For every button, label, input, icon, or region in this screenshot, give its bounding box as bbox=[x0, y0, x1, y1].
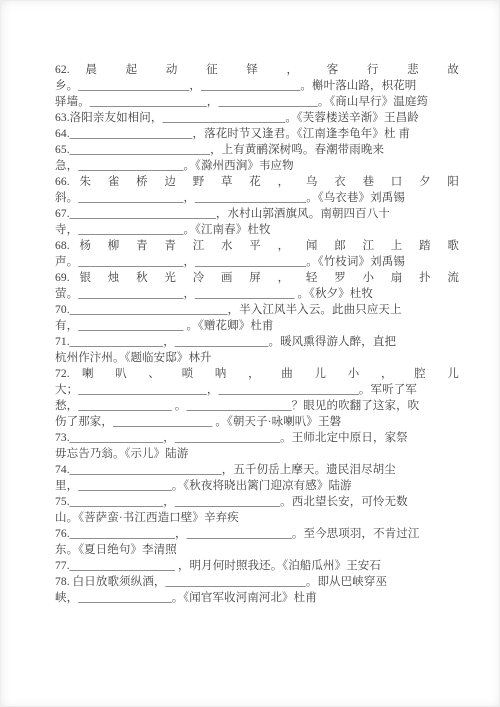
document-line: 毋忘告乃翁。《示儿》陆游 bbox=[55, 446, 459, 462]
document-line: 急，__________________。《滁州西涧》韦应物 bbox=[55, 158, 459, 174]
document-line: 76.__________________，__________________… bbox=[55, 526, 459, 542]
document-line: 72. 喇 叭 、 唢 呐 ， 曲 儿 小 ， 腔 儿 bbox=[55, 366, 459, 382]
document-line: 69. 银 烛 秋 光 冷 画 屏 ， 轻 罗 小 扇 扑 流 bbox=[55, 270, 459, 286]
document-line: 74.__________________________，五千仞岳上摩天。遗民… bbox=[55, 462, 459, 478]
document-line: 75.________________，__________________。西… bbox=[55, 494, 459, 510]
document-line: 70.___________________________，半入江风半入云。此… bbox=[55, 302, 459, 318]
document-line: 68. 杨 柳 青 青 江 水 平 ， 闻 郎 江 上 踏 歌 bbox=[55, 238, 459, 254]
document-line: 斜。__________________，___________________… bbox=[55, 190, 459, 206]
document-line: 73.________________，__________________。王… bbox=[55, 430, 459, 446]
document-line: 乡。___________________，_________________。… bbox=[55, 78, 459, 94]
document-line: 愁，________________ 。__________________？眼… bbox=[55, 398, 459, 414]
document-line: 78. 白日放歌须纵酒，________________________。即从巴… bbox=[55, 574, 459, 590]
document-body: 62. 晨 起 动 征 铎 ， 客 行 悲 故乡。_______________… bbox=[55, 62, 459, 606]
document-line: 有，__________________ 。《赠花卿》杜甫 bbox=[55, 318, 459, 334]
document-line: 伤了那家，_________________ 。《朝天子·咏喇叭》王磐 bbox=[55, 414, 459, 430]
document-line: 62. 晨 起 动 征 铎 ， 客 行 悲 故 bbox=[55, 62, 459, 78]
document-line: 峡，________________。《闻官军收河南河北》杜甫 bbox=[55, 590, 459, 606]
document-page: 62. 晨 起 动 征 铎 ， 客 行 悲 故乡。_______________… bbox=[0, 0, 500, 707]
document-line: 萤。__________________，_________________ 。… bbox=[55, 286, 459, 302]
document-line: 山。《菩萨蛮·书江西造口壁》辛弃疾 bbox=[55, 510, 459, 526]
document-line: 驿墙。____________________，________________… bbox=[55, 94, 459, 110]
document-line: 77.__________________ ，明月何时照我还。《泊船瓜州》王安石 bbox=[55, 558, 459, 574]
document-line: 东。《夏日绝句》李清照 bbox=[55, 542, 459, 558]
document-line: 里，________________。《秋夜将晓出篱门迎凉有感》陆游 bbox=[55, 478, 459, 494]
document-line: 寺，__________________。《江南春》杜牧 bbox=[55, 222, 459, 238]
document-line: 66. 朱 雀 桥 边 野 草 花 ， 乌 衣 巷 口 夕 阳 bbox=[55, 174, 459, 190]
document-line: 64._____________________，落花时节又逢君。《江南逢李龟年… bbox=[55, 126, 459, 142]
document-line: 声。__________________，___________________… bbox=[55, 254, 459, 270]
document-line: 65.________________________，上有黄鹂深树鸣。春潮带雨… bbox=[55, 142, 459, 158]
document-line: 71.________________，________________。暖风熏… bbox=[55, 334, 459, 350]
document-line: 杭州作汴州。《题临安邸》林升 bbox=[55, 350, 459, 366]
document-line: 大；______________________，_______________… bbox=[55, 382, 459, 398]
document-line: 63.洛阳亲友如相问，_____________________。《芙蓉楼送辛渐… bbox=[55, 110, 459, 126]
document-line: 67._________________________，水村山郭酒旗风。南朝四… bbox=[55, 206, 459, 222]
